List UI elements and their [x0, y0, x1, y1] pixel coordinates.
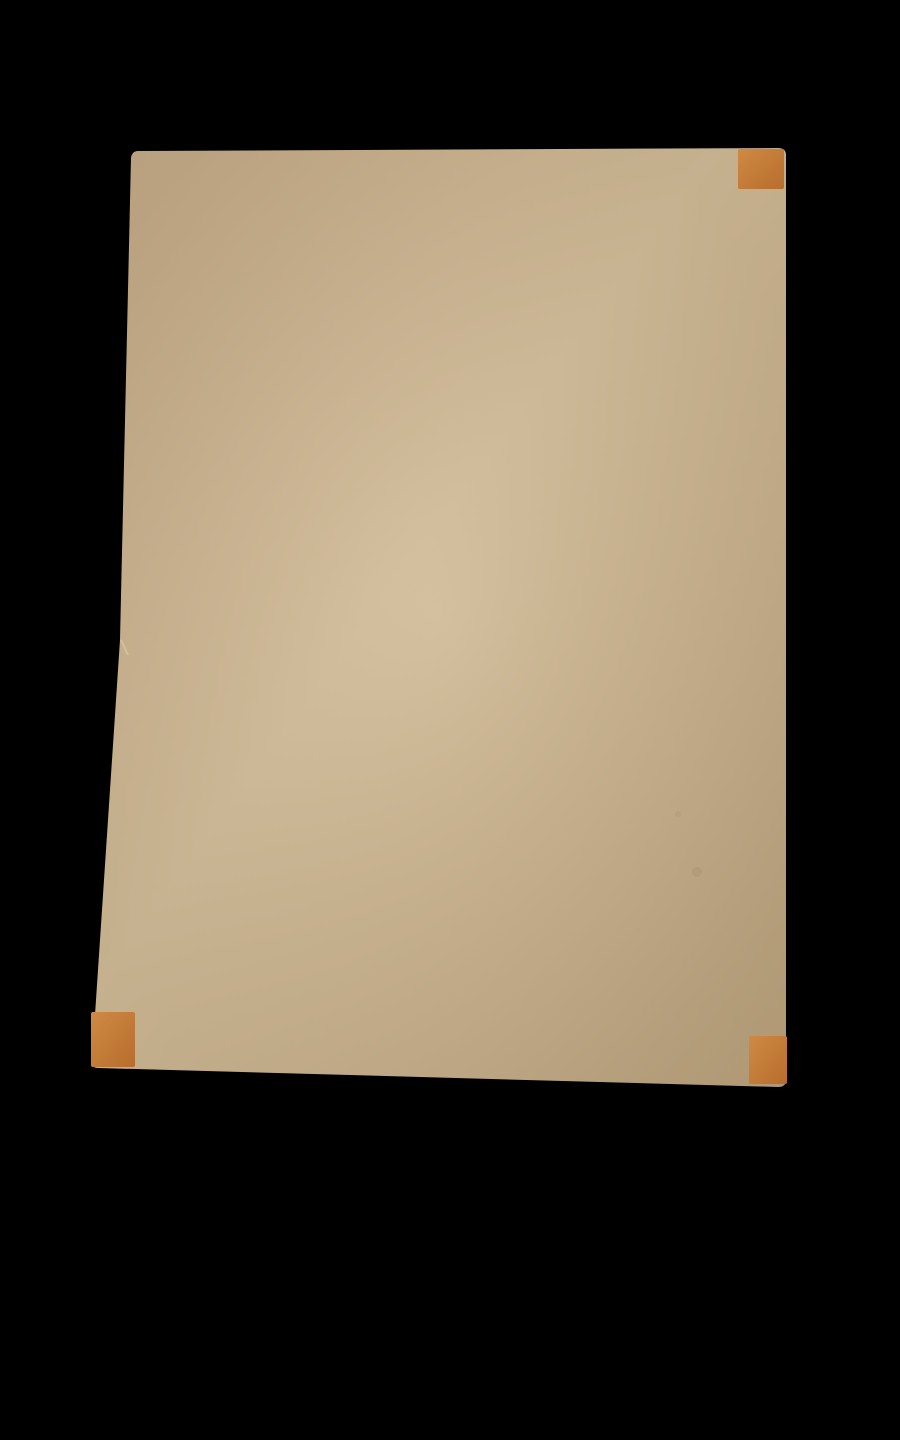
tape-mark-bottom-right	[749, 1036, 787, 1084]
blank-paper-sheet	[0, 0, 900, 1440]
tape-mark-top-right	[738, 149, 784, 189]
tape-mark-bottom-left	[91, 1012, 135, 1067]
photo-scene	[0, 0, 900, 1440]
